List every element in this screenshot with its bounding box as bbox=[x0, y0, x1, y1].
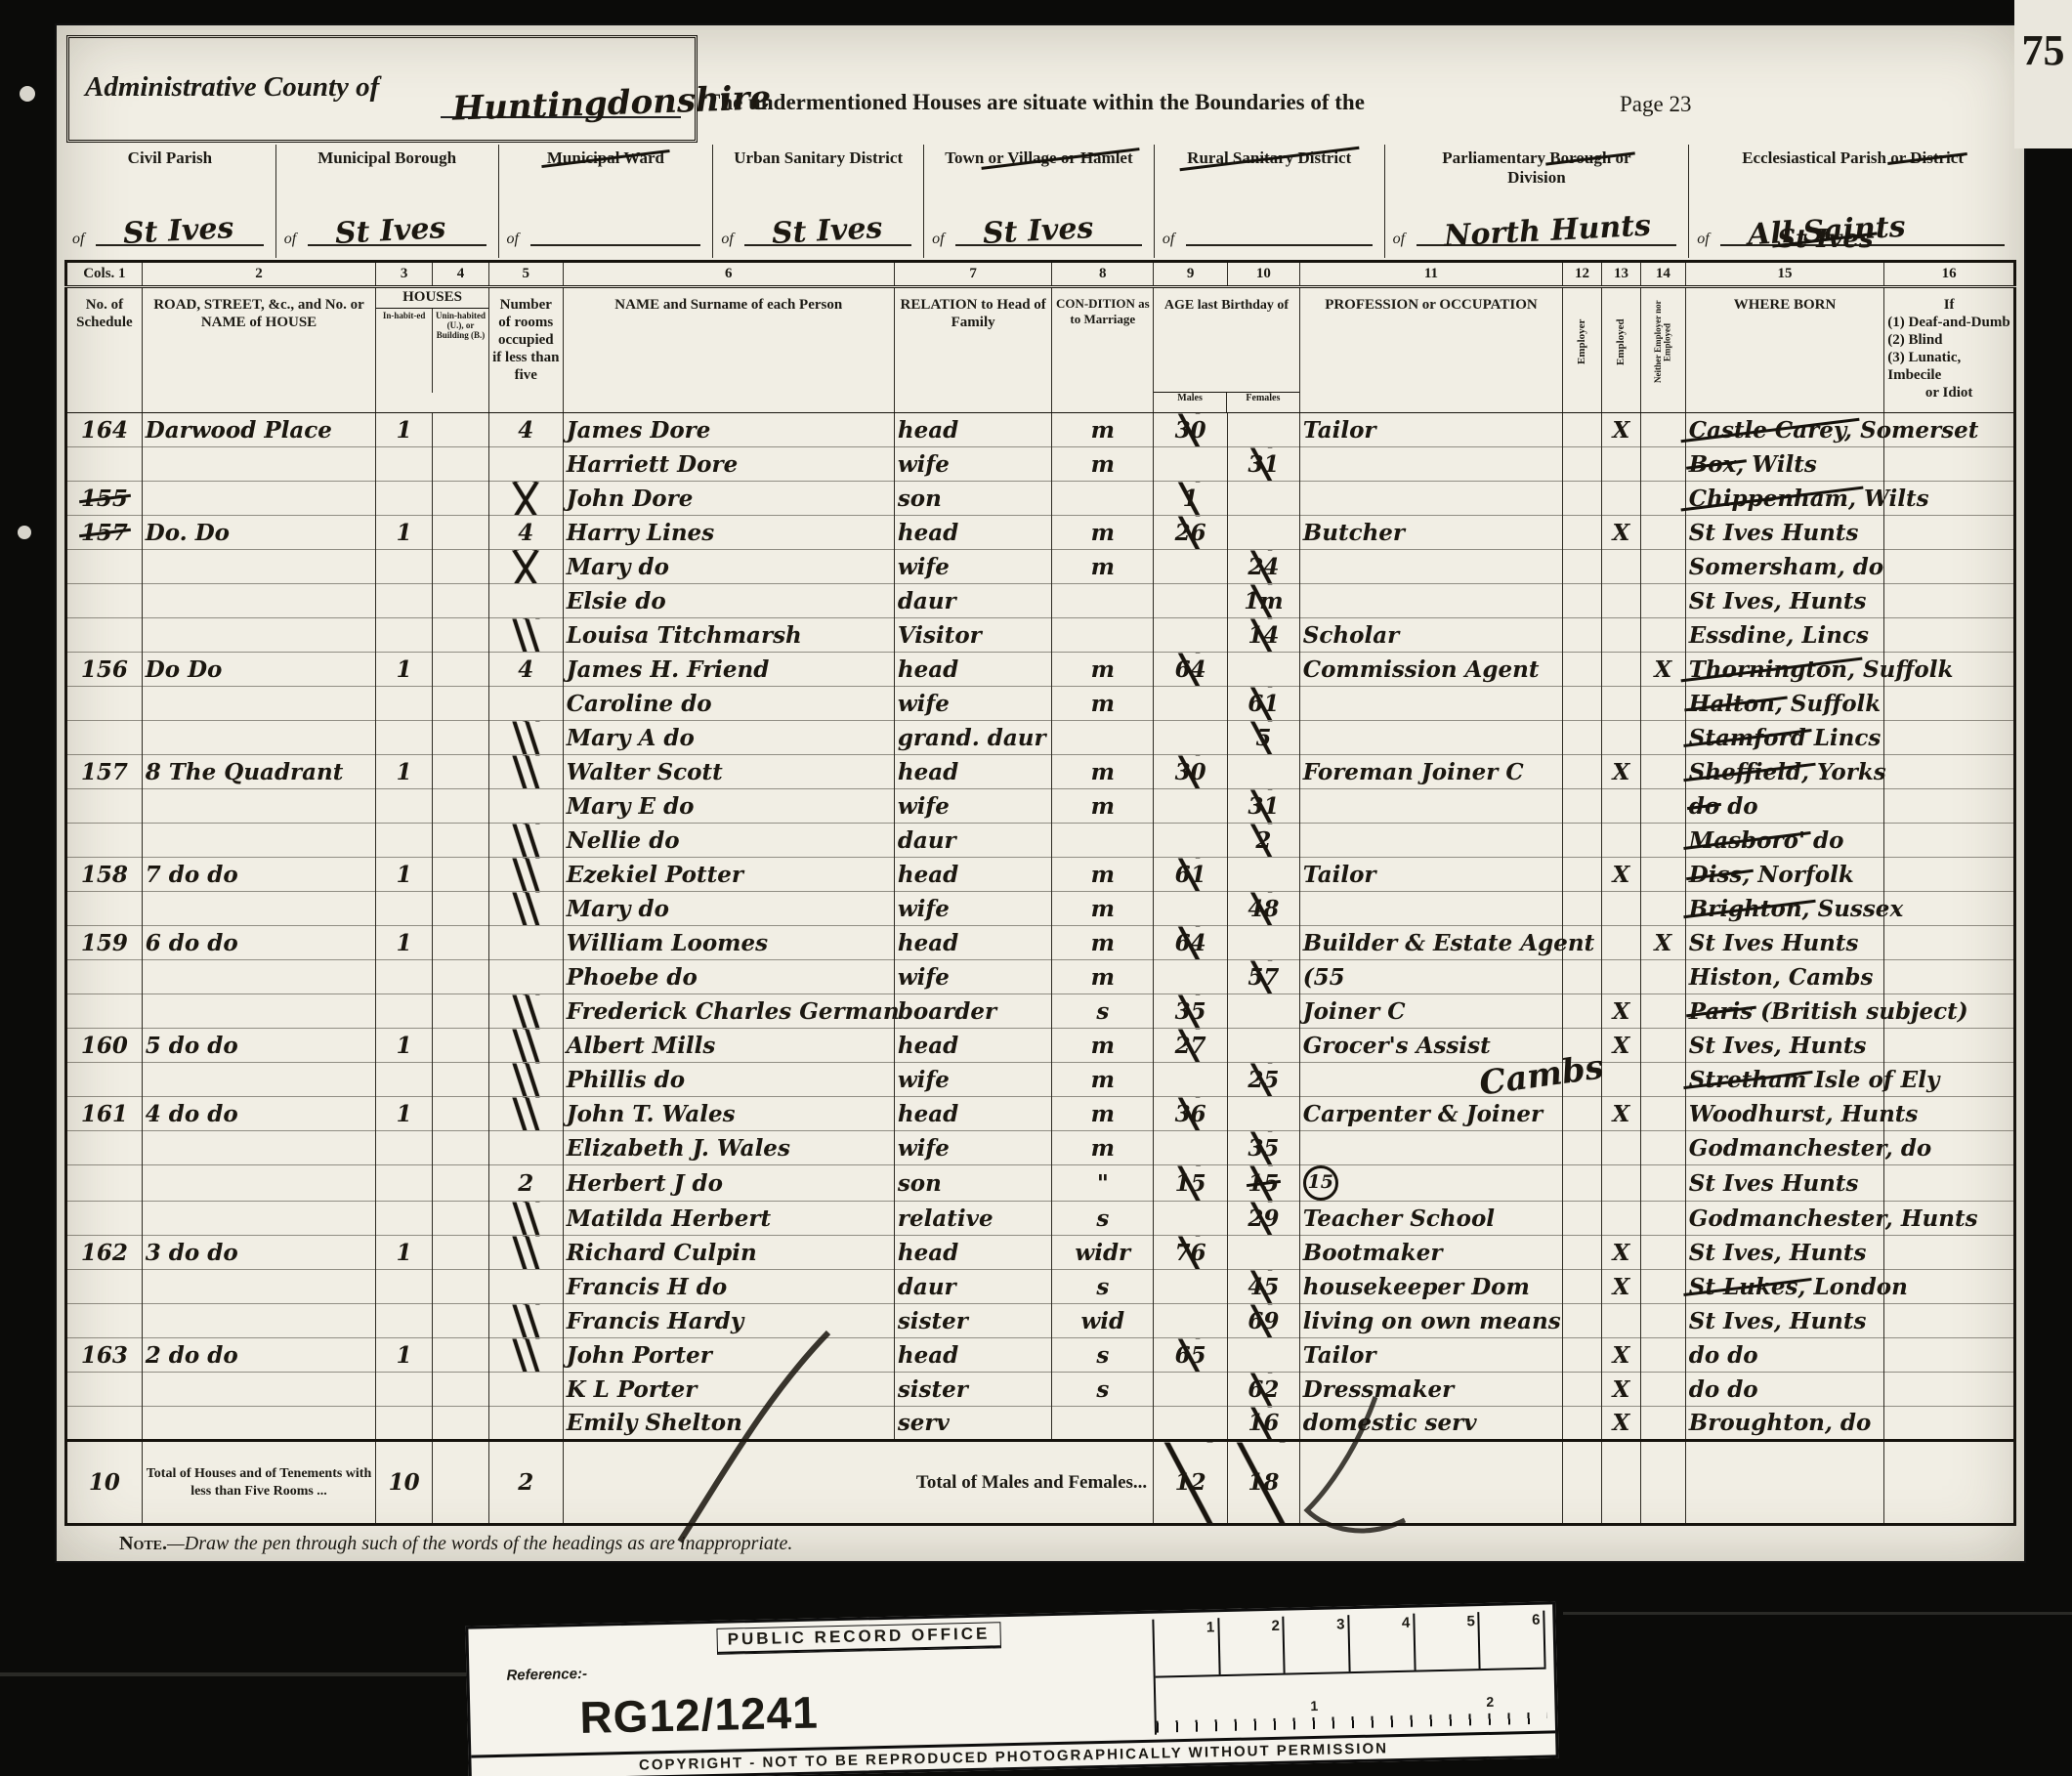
house-address: 5 do do bbox=[142, 1029, 375, 1063]
col-num: 15 bbox=[1685, 262, 1883, 287]
age-male: 27 bbox=[1154, 1029, 1228, 1063]
occupation: Commission Agent bbox=[1299, 653, 1562, 687]
col-num: 4 bbox=[433, 262, 489, 287]
person-name: Albert Mills bbox=[563, 1029, 894, 1063]
age-male bbox=[1154, 960, 1228, 994]
col-relation-label: RELATION to Head of Family bbox=[894, 287, 1052, 413]
age-female: 62 bbox=[1227, 1373, 1299, 1407]
person-row: Francis Hardysisterwid69living on own me… bbox=[66, 1304, 2015, 1338]
uninhabited-mark bbox=[433, 1236, 489, 1270]
infirmity bbox=[1884, 824, 2015, 858]
birthplace: St Ives, Hunts bbox=[1685, 1236, 1883, 1270]
relation: wife bbox=[894, 960, 1052, 994]
col-houses-group: HOUSES In-habit-ed Unin-habited (U.), or… bbox=[376, 287, 489, 413]
neither-mark: X bbox=[1640, 653, 1685, 687]
age-male: 26 bbox=[1154, 516, 1228, 550]
person-row: Louisa TitchmarshVisitor14ScholarEssdine… bbox=[66, 618, 2015, 653]
district-field: Municipal Wardof bbox=[498, 145, 713, 258]
rooms-mark bbox=[488, 858, 563, 892]
birthplace: do do bbox=[1685, 1373, 1883, 1407]
age-female: 29 bbox=[1227, 1202, 1299, 1236]
neither-mark bbox=[1640, 1029, 1685, 1063]
uninhabited-mark bbox=[433, 1131, 489, 1165]
rooms-mark bbox=[488, 1270, 563, 1304]
district-of: of bbox=[284, 231, 296, 248]
condition: m bbox=[1052, 789, 1154, 824]
occupation: Joiner C bbox=[1299, 994, 1562, 1029]
neither-mark bbox=[1640, 618, 1685, 653]
birthplace: do do bbox=[1685, 1338, 1883, 1373]
relation: serv bbox=[894, 1407, 1052, 1441]
employer-mark bbox=[1563, 892, 1602, 926]
rooms-mark bbox=[488, 1097, 563, 1131]
person-row: Matilda Herbertrelatives29Teacher School… bbox=[66, 1202, 2015, 1236]
employed-mark: X bbox=[1602, 858, 1641, 892]
schedule-number bbox=[66, 618, 143, 653]
occupation: 15 bbox=[1299, 1165, 1562, 1202]
age-female: 45 bbox=[1227, 1270, 1299, 1304]
age-female: 57 bbox=[1227, 960, 1299, 994]
occupation: Grocer's Assist bbox=[1299, 1029, 1562, 1063]
pro-stamp: PUBLIC RECORD OFFICE Reference:- RG12/12… bbox=[465, 1601, 1558, 1776]
employer-mark bbox=[1563, 1407, 1602, 1441]
employed-mark: X bbox=[1602, 994, 1641, 1029]
schedule-number bbox=[66, 687, 143, 721]
occupation: housekeeper Dom bbox=[1299, 1270, 1562, 1304]
relation: wife bbox=[894, 1131, 1052, 1165]
person-row: Phoebe dowifem57(55Histon, Cambs bbox=[66, 960, 2015, 994]
person-row: 155John Doreson1Chippenham, Wilts bbox=[66, 482, 2015, 516]
totals-blank bbox=[1602, 1441, 1641, 1525]
person-name: John Porter bbox=[563, 1338, 894, 1373]
uninhabited-mark bbox=[433, 789, 489, 824]
person-name: Emily Shelton bbox=[563, 1407, 894, 1441]
occupation: Tailor bbox=[1299, 413, 1562, 447]
condition: m bbox=[1052, 413, 1154, 447]
district-label: Civil Parish bbox=[64, 145, 275, 168]
person-name: John Dore bbox=[563, 482, 894, 516]
person-name: Ezekiel Potter bbox=[563, 858, 894, 892]
uninhabited-mark bbox=[433, 1029, 489, 1063]
neither-mark bbox=[1640, 1063, 1685, 1097]
district-of: of bbox=[932, 231, 944, 248]
person-name: William Loomes bbox=[563, 926, 894, 960]
employed-mark bbox=[1602, 550, 1641, 584]
occupation bbox=[1299, 789, 1562, 824]
infirmity bbox=[1884, 1407, 2015, 1441]
uninhabited-mark bbox=[433, 926, 489, 960]
neither-mark bbox=[1640, 1304, 1685, 1338]
neither-mark bbox=[1640, 1165, 1685, 1202]
district-value: St Ives bbox=[122, 214, 234, 249]
infirmity bbox=[1884, 618, 2015, 653]
schedule-number bbox=[66, 550, 143, 584]
person-row: 157Do. Do14Harry Linesheadm26ButcherXSt … bbox=[66, 516, 2015, 550]
age-male bbox=[1154, 1304, 1228, 1338]
district-field: Civil Parish ofSt Ives bbox=[64, 145, 275, 258]
person-row: 1587 do do1Ezekiel Potterheadm61TailorXD… bbox=[66, 858, 2015, 892]
schedule-number bbox=[66, 1202, 143, 1236]
person-name: Harry Lines bbox=[563, 516, 894, 550]
neither-mark bbox=[1640, 789, 1685, 824]
age-female bbox=[1227, 1236, 1299, 1270]
uninhabited-mark bbox=[433, 824, 489, 858]
employer-mark bbox=[1563, 721, 1602, 755]
occupation: Bootmaker bbox=[1299, 1236, 1562, 1270]
age-female: 2 bbox=[1227, 824, 1299, 858]
col-uninhabited-label: Unin-habited (U.), or Building (B.) bbox=[432, 309, 488, 393]
age-female bbox=[1227, 858, 1299, 892]
age-female: 24 bbox=[1227, 550, 1299, 584]
uninhabited-mark bbox=[433, 1338, 489, 1373]
age-male: 1 bbox=[1154, 482, 1228, 516]
birthplace: Diss, Norfolk bbox=[1685, 858, 1883, 892]
house-address bbox=[142, 1407, 375, 1441]
condition: m bbox=[1052, 550, 1154, 584]
infirmity bbox=[1884, 584, 2015, 618]
person-name: Francis H do bbox=[563, 1270, 894, 1304]
rooms-mark bbox=[488, 721, 563, 755]
neither-mark bbox=[1640, 824, 1685, 858]
uninhabited-mark bbox=[433, 1373, 489, 1407]
house-address bbox=[142, 960, 375, 994]
condition: s bbox=[1052, 994, 1154, 1029]
page-number: Page 23 bbox=[1620, 92, 1691, 117]
infirmity bbox=[1884, 550, 2015, 584]
employed-mark bbox=[1602, 653, 1641, 687]
uninhabited-mark bbox=[433, 1097, 489, 1131]
infirmity bbox=[1884, 1270, 2015, 1304]
employer-mark bbox=[1563, 1165, 1602, 1202]
infirmity bbox=[1884, 1338, 2015, 1373]
birthplace: Histon, Cambs bbox=[1685, 960, 1883, 994]
situate-text: The undermentioned Houses are situate wi… bbox=[705, 90, 1448, 115]
totals-blank bbox=[1884, 1441, 2015, 1525]
age-male: 35 bbox=[1154, 994, 1228, 1029]
district-value-struck: St Ives bbox=[1777, 227, 1873, 252]
house-address bbox=[142, 789, 375, 824]
relation: head bbox=[894, 1338, 1052, 1373]
col-num: Cols. 1 bbox=[66, 262, 143, 287]
rooms-mark bbox=[488, 1373, 563, 1407]
age-female: 25 bbox=[1227, 1063, 1299, 1097]
employed-mark: X bbox=[1602, 1236, 1641, 1270]
occupation bbox=[1299, 824, 1562, 858]
district-field: Rural Sanitary Districtof bbox=[1154, 145, 1384, 258]
person-name: Francis Hardy bbox=[563, 1304, 894, 1338]
ruler: 1 2 3 4 5 6 1 2 bbox=[1152, 1611, 1547, 1735]
birthplace: Paris (British subject) bbox=[1685, 994, 1883, 1029]
rooms-mark bbox=[488, 1063, 563, 1097]
condition: m bbox=[1052, 858, 1154, 892]
person-row: 1614 do do1John T. Walesheadm36Carpenter… bbox=[66, 1097, 2015, 1131]
age-female: 1m bbox=[1227, 584, 1299, 618]
person-name: Richard Culpin bbox=[563, 1236, 894, 1270]
total-uninhabited bbox=[433, 1441, 489, 1525]
person-row: Elizabeth J. Waleswifem35Godmanchester, … bbox=[66, 1131, 2015, 1165]
age-female: 31 bbox=[1227, 789, 1299, 824]
neither-mark bbox=[1640, 1131, 1685, 1165]
age-male bbox=[1154, 789, 1228, 824]
age-female bbox=[1227, 413, 1299, 447]
uninhabited-mark bbox=[433, 482, 489, 516]
house-address: 8 The Quadrant bbox=[142, 755, 375, 789]
relation: head bbox=[894, 413, 1052, 447]
age-male: 76 bbox=[1154, 1236, 1228, 1270]
uninhabited-mark bbox=[433, 960, 489, 994]
condition: m bbox=[1052, 1097, 1154, 1131]
condition: s bbox=[1052, 1270, 1154, 1304]
relation: head bbox=[894, 926, 1052, 960]
schedule-number bbox=[66, 994, 143, 1029]
census-table: Cols. 1 2 3 4 5 6 7 8 9 10 11 12 13 14 1… bbox=[64, 260, 2016, 1526]
occupation: domestic serv bbox=[1299, 1407, 1562, 1441]
employed-mark bbox=[1602, 721, 1641, 755]
age-male bbox=[1154, 584, 1228, 618]
relation: boarder bbox=[894, 994, 1052, 1029]
employer-mark bbox=[1563, 1373, 1602, 1407]
house-address bbox=[142, 721, 375, 755]
column-labels-row: No. of Schedule ROAD, STREET, &c., and N… bbox=[66, 287, 2015, 413]
person-row: 156Do Do14James H. Friendheadm64Commissi… bbox=[66, 653, 2015, 687]
rooms-mark bbox=[488, 994, 563, 1029]
rooms-mark: 4 bbox=[488, 413, 563, 447]
house-address bbox=[142, 1165, 375, 1202]
birthplace: St Ives Hunts bbox=[1685, 516, 1883, 550]
birthplace: Box, Wilts bbox=[1685, 447, 1883, 482]
age-female bbox=[1227, 926, 1299, 960]
inhabited-mark bbox=[376, 618, 433, 653]
age-male bbox=[1154, 687, 1228, 721]
col-num: 7 bbox=[894, 262, 1052, 287]
schedule-number: 156 bbox=[66, 653, 143, 687]
age-female: 15 bbox=[1227, 1165, 1299, 1202]
col-employer-label: Employer bbox=[1563, 287, 1602, 413]
infirmity bbox=[1884, 721, 2015, 755]
person-name: Mary do bbox=[563, 550, 894, 584]
admin-county-box: Administrative County of Huntingdonshire bbox=[66, 35, 698, 143]
person-row: 1605 do do1Albert Millsheadm27Grocer's A… bbox=[66, 1029, 2015, 1063]
birthplace: Halton, Suffolk bbox=[1685, 687, 1883, 721]
condition: s bbox=[1052, 1373, 1154, 1407]
employer-mark bbox=[1563, 755, 1602, 789]
total-inhabited: 10 bbox=[376, 1441, 433, 1525]
age-male bbox=[1154, 618, 1228, 653]
age-male: 36 bbox=[1154, 1097, 1228, 1131]
person-name: Louisa Titchmarsh bbox=[563, 618, 894, 653]
inhabited-mark bbox=[376, 1373, 433, 1407]
col-num: 3 bbox=[376, 262, 433, 287]
totals-row: 10 Total of Houses and of Tenements with… bbox=[66, 1441, 2015, 1525]
schedule-number bbox=[66, 1304, 143, 1338]
totals-blank bbox=[1563, 1441, 1602, 1525]
folio-number: 75 bbox=[2022, 26, 2065, 74]
inhabited-mark bbox=[376, 960, 433, 994]
condition: m bbox=[1052, 653, 1154, 687]
inhabited-mark: 1 bbox=[376, 516, 433, 550]
ruler-centimetres: 1 2 bbox=[1156, 1670, 1547, 1733]
age-female bbox=[1227, 1338, 1299, 1373]
infirmity bbox=[1884, 516, 2015, 550]
total-females: 18 bbox=[1227, 1441, 1299, 1525]
occupation bbox=[1299, 687, 1562, 721]
employer-mark bbox=[1563, 1202, 1602, 1236]
folio-strip: 75 bbox=[2014, 0, 2072, 148]
age-male: 64 bbox=[1154, 926, 1228, 960]
rooms-mark bbox=[488, 584, 563, 618]
age-male bbox=[1154, 892, 1228, 926]
district-of: of bbox=[721, 231, 733, 248]
age-male: 30 bbox=[1154, 413, 1228, 447]
condition: m bbox=[1052, 960, 1154, 994]
infirmity bbox=[1884, 447, 2015, 482]
condition: m bbox=[1052, 1063, 1154, 1097]
col-inhabited-label: In-habit-ed bbox=[376, 309, 432, 393]
inhabited-mark bbox=[376, 1063, 433, 1097]
film-sprocket-hole bbox=[18, 526, 31, 539]
reference-label: Reference:- bbox=[506, 1666, 587, 1684]
admin-county-label: Administrative County of bbox=[85, 71, 379, 104]
occupation bbox=[1299, 550, 1562, 584]
relation: son bbox=[894, 1165, 1052, 1202]
infirmity bbox=[1884, 1202, 2015, 1236]
employed-mark bbox=[1602, 584, 1641, 618]
district-field: Municipal Borough ofSt Ives bbox=[275, 145, 498, 258]
employed-mark: X bbox=[1602, 413, 1641, 447]
relation: head bbox=[894, 653, 1052, 687]
uninhabited-mark bbox=[433, 1202, 489, 1236]
age-female bbox=[1227, 1097, 1299, 1131]
person-name: James Dore bbox=[563, 413, 894, 447]
schedule-number: 162 bbox=[66, 1236, 143, 1270]
neither-mark bbox=[1640, 1407, 1685, 1441]
district-of: of bbox=[1697, 231, 1709, 248]
house-address bbox=[142, 550, 375, 584]
infirmity bbox=[1884, 413, 2015, 447]
employer-mark bbox=[1563, 789, 1602, 824]
schedule-number bbox=[66, 1373, 143, 1407]
rooms-mark bbox=[488, 892, 563, 926]
rooms-mark bbox=[488, 1407, 563, 1441]
employed-mark bbox=[1602, 789, 1641, 824]
relation: head bbox=[894, 516, 1052, 550]
condition: s bbox=[1052, 1202, 1154, 1236]
schedule-number: 158 bbox=[66, 858, 143, 892]
col-age-group: AGE last Birthday of Males Females bbox=[1154, 287, 1300, 413]
table-header: Cols. 1 2 3 4 5 6 7 8 9 10 11 12 13 14 1… bbox=[66, 262, 2015, 413]
schedule-number: 164 bbox=[66, 413, 143, 447]
occupation: Teacher School bbox=[1299, 1202, 1562, 1236]
employed-mark: X bbox=[1602, 1373, 1641, 1407]
column-numbers-row: Cols. 1 2 3 4 5 6 7 8 9 10 11 12 13 14 1… bbox=[66, 262, 2015, 287]
col-num: 14 bbox=[1640, 262, 1685, 287]
relation: daur bbox=[894, 584, 1052, 618]
rooms-mark bbox=[488, 687, 563, 721]
birthplace: St Ives, Hunts bbox=[1685, 584, 1883, 618]
uninhabited-mark bbox=[433, 755, 489, 789]
age-male: 30 bbox=[1154, 755, 1228, 789]
col-infirmity-label: If (1) Deaf-and-Dumb (2) Blind (3) Lunat… bbox=[1884, 287, 2015, 413]
uninhabited-mark bbox=[433, 413, 489, 447]
house-address bbox=[142, 618, 375, 653]
condition: s bbox=[1052, 1338, 1154, 1373]
condition: m bbox=[1052, 516, 1154, 550]
neither-mark bbox=[1640, 755, 1685, 789]
col-num: 10 bbox=[1227, 262, 1299, 287]
scan-streak bbox=[0, 1672, 469, 1676]
age-male bbox=[1154, 1131, 1228, 1165]
schedule-number bbox=[66, 1063, 143, 1097]
birthplace: Castle Carey, Somerset bbox=[1685, 413, 1883, 447]
neither-mark bbox=[1640, 721, 1685, 755]
uninhabited-mark bbox=[433, 1270, 489, 1304]
district-of: of bbox=[72, 231, 84, 248]
condition: m bbox=[1052, 926, 1154, 960]
person-name: Walter Scott bbox=[563, 755, 894, 789]
employer-mark bbox=[1563, 447, 1602, 482]
neither-mark bbox=[1640, 1202, 1685, 1236]
totals-blank bbox=[1299, 1441, 1562, 1525]
schedule-number: 159 bbox=[66, 926, 143, 960]
uninhabited-mark bbox=[433, 858, 489, 892]
person-name: Elizabeth J. Wales bbox=[563, 1131, 894, 1165]
rooms-mark bbox=[488, 1304, 563, 1338]
neither-mark bbox=[1640, 447, 1685, 482]
district-underline bbox=[1186, 244, 1373, 246]
infirmity bbox=[1884, 1063, 2015, 1097]
neither-mark bbox=[1640, 994, 1685, 1029]
employer-mark bbox=[1563, 584, 1602, 618]
ruler-inches: 1 2 3 4 5 6 bbox=[1154, 1611, 1545, 1678]
birthplace: Godmanchester, do bbox=[1685, 1131, 1883, 1165]
col-name-label: NAME and Surname of each Person bbox=[563, 287, 894, 413]
person-row: Harriett Dorewifem31Box, Wilts bbox=[66, 447, 2015, 482]
employed-mark: X bbox=[1602, 1029, 1641, 1063]
reference-number: RG12/1241 bbox=[579, 1686, 819, 1745]
employer-mark bbox=[1563, 516, 1602, 550]
condition: wid bbox=[1052, 1304, 1154, 1338]
neither-mark bbox=[1640, 413, 1685, 447]
rooms-mark bbox=[488, 482, 563, 516]
schedule-number bbox=[66, 584, 143, 618]
employer-mark bbox=[1563, 1097, 1602, 1131]
uninhabited-mark bbox=[433, 687, 489, 721]
infirmity bbox=[1884, 994, 2015, 1029]
inhabited-mark: 1 bbox=[376, 755, 433, 789]
occupation: Tailor bbox=[1299, 858, 1562, 892]
uninhabited-mark bbox=[433, 447, 489, 482]
house-address: 7 do do bbox=[142, 858, 375, 892]
relation: wife bbox=[894, 892, 1052, 926]
schedule-number: 161 bbox=[66, 1097, 143, 1131]
house-address bbox=[142, 1063, 375, 1097]
person-row: 1632 do do1John Porterheads65TailorXdo d… bbox=[66, 1338, 2015, 1373]
uninhabited-mark bbox=[433, 1304, 489, 1338]
person-name: Caroline do bbox=[563, 687, 894, 721]
total-small-tenements: 2 bbox=[488, 1441, 563, 1525]
house-address bbox=[142, 687, 375, 721]
relation: grand. daur bbox=[894, 721, 1052, 755]
schedule-number: 155 bbox=[66, 482, 143, 516]
employed-mark bbox=[1602, 1304, 1641, 1338]
person-name: Mary A do bbox=[563, 721, 894, 755]
relation: sister bbox=[894, 1304, 1052, 1338]
relation: wife bbox=[894, 550, 1052, 584]
uninhabited-mark bbox=[433, 516, 489, 550]
district-label: Ecclesiastical Parish or District bbox=[1689, 145, 2016, 168]
person-row: Mary dowifem24Somersham, do bbox=[66, 550, 2015, 584]
neither-mark bbox=[1640, 1236, 1685, 1270]
